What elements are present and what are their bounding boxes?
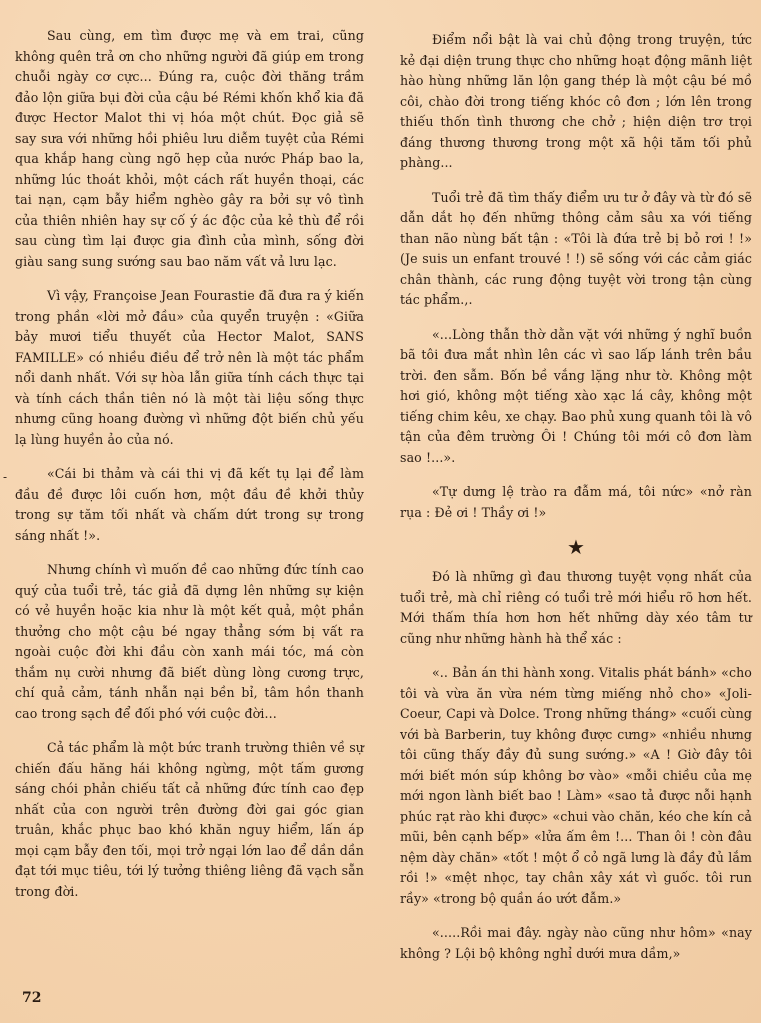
quote-paragraph: «...Lòng thẫn thờ dằn vặt với những ý ng…: [400, 325, 752, 469]
left-column: Sau cùng, em tìm được mẹ và em trai, cũn…: [15, 26, 364, 916]
quote-paragraph: «.....Rồi mai đây. ngày nào cũng như hôm…: [400, 923, 752, 964]
paragraph: Đó là những gì đau thương tuyệt vọng nhấ…: [400, 567, 752, 649]
paragraph: Cả tác phẩm là một bức tranh trường thiê…: [15, 738, 364, 902]
paragraph: Điểm nổi bật là vai chủ động trong truyệ…: [400, 30, 752, 174]
quote-paragraph: «Cái bi thảm và cái thi vị đã kết tụ lại…: [15, 464, 364, 546]
paragraph: Vì vậy, Françoise Jean Fourastie đã đưa …: [15, 286, 364, 450]
paragraph: Tuổi trẻ đã tìm thấy điểm ưu tư ở đây và…: [400, 188, 752, 311]
paragraph: Sau cùng, em tìm được mẹ và em trai, cũn…: [15, 26, 364, 272]
paragraph: Nhưng chính vì muốn đề cao những đức tín…: [15, 560, 364, 724]
page-number: 72: [22, 990, 41, 1006]
quote-paragraph: «.. Bản án thi hành xong. Vitalis phát b…: [400, 663, 752, 909]
quote-paragraph: «Tự dưng lệ trào ra đẫm má, tôi nức» «nở…: [400, 482, 752, 523]
star-separator-icon: ★: [400, 537, 752, 557]
right-column: Điểm nổi bật là vai chủ động trong truyệ…: [400, 30, 752, 978]
margin-mark: -: [3, 470, 7, 484]
